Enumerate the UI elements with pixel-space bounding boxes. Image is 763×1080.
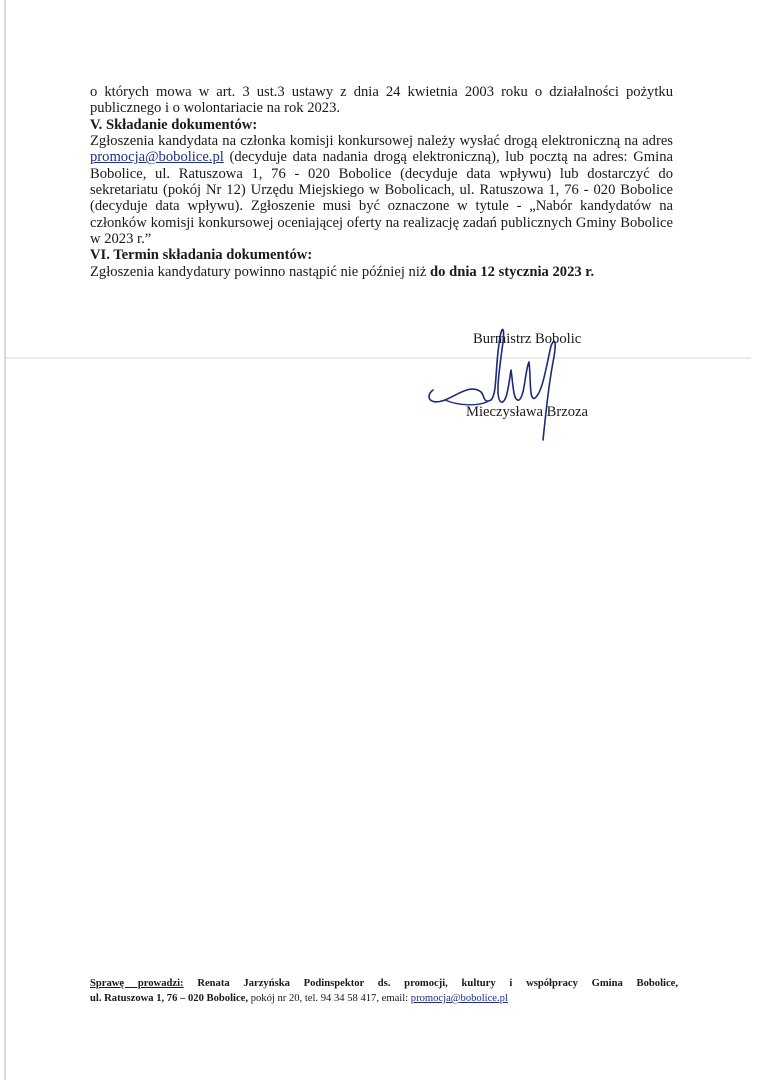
section-5-heading: V. Składanie dokumentów: (90, 117, 673, 133)
scan-edge (4, 0, 6, 1080)
footer-email-link[interactable]: promocja@bobolice.pl (411, 993, 508, 1004)
section-6-heading: VI. Termin składania dokumentów: (90, 247, 673, 263)
footer-contact: Sprawę prowadzi: Renata Jarzyńska Podins… (90, 976, 678, 1006)
intro-line-1: o których mowa w art. 3 ust.3 ustawy z d… (90, 84, 673, 100)
document-body: o których mowa w art. 3 ust.3 ustawy z d… (90, 84, 673, 280)
footer-label: Sprawę prowadzi: (90, 978, 184, 989)
footer-line-2: ul. Ratuszowa 1, 76 – 020 Bobolice, pokó… (90, 991, 678, 1006)
section-6-text: Zgłoszenia kandydatury powinno nastąpić … (90, 264, 673, 280)
document-page: o których mowa w art. 3 ust.3 ustawy z d… (0, 0, 763, 1080)
section-6-text-body: Zgłoszenia kandydatury powinno nastąpić … (90, 264, 426, 280)
footer-address: ul. Ratuszowa 1, 76 – 020 Bobolice, (90, 993, 248, 1004)
footer-phone: pokój nr 20, tel. 94 34 58 417, email: (251, 993, 408, 1004)
deadline-date: do dnia 12 stycznia 2023 r. (430, 264, 594, 280)
footer-line-1: Sprawę prowadzi: Renata Jarzyńska Podins… (90, 976, 678, 991)
scan-artifact-line (6, 357, 751, 359)
footer-contact-person: Renata Jarzyńska Podinspektor ds. promoc… (197, 978, 678, 989)
intro-line-2: publicznego i o wolontariacie na rok 202… (90, 100, 673, 116)
email-link[interactable]: promocja@bobolice.pl (90, 149, 224, 165)
handwritten-signature-icon (425, 322, 575, 442)
section-5-text-before-email: Zgłoszenia kandydata na członka komisji … (90, 133, 673, 149)
section-5-text: Zgłoszenia kandydata na członka komisji … (90, 133, 673, 247)
